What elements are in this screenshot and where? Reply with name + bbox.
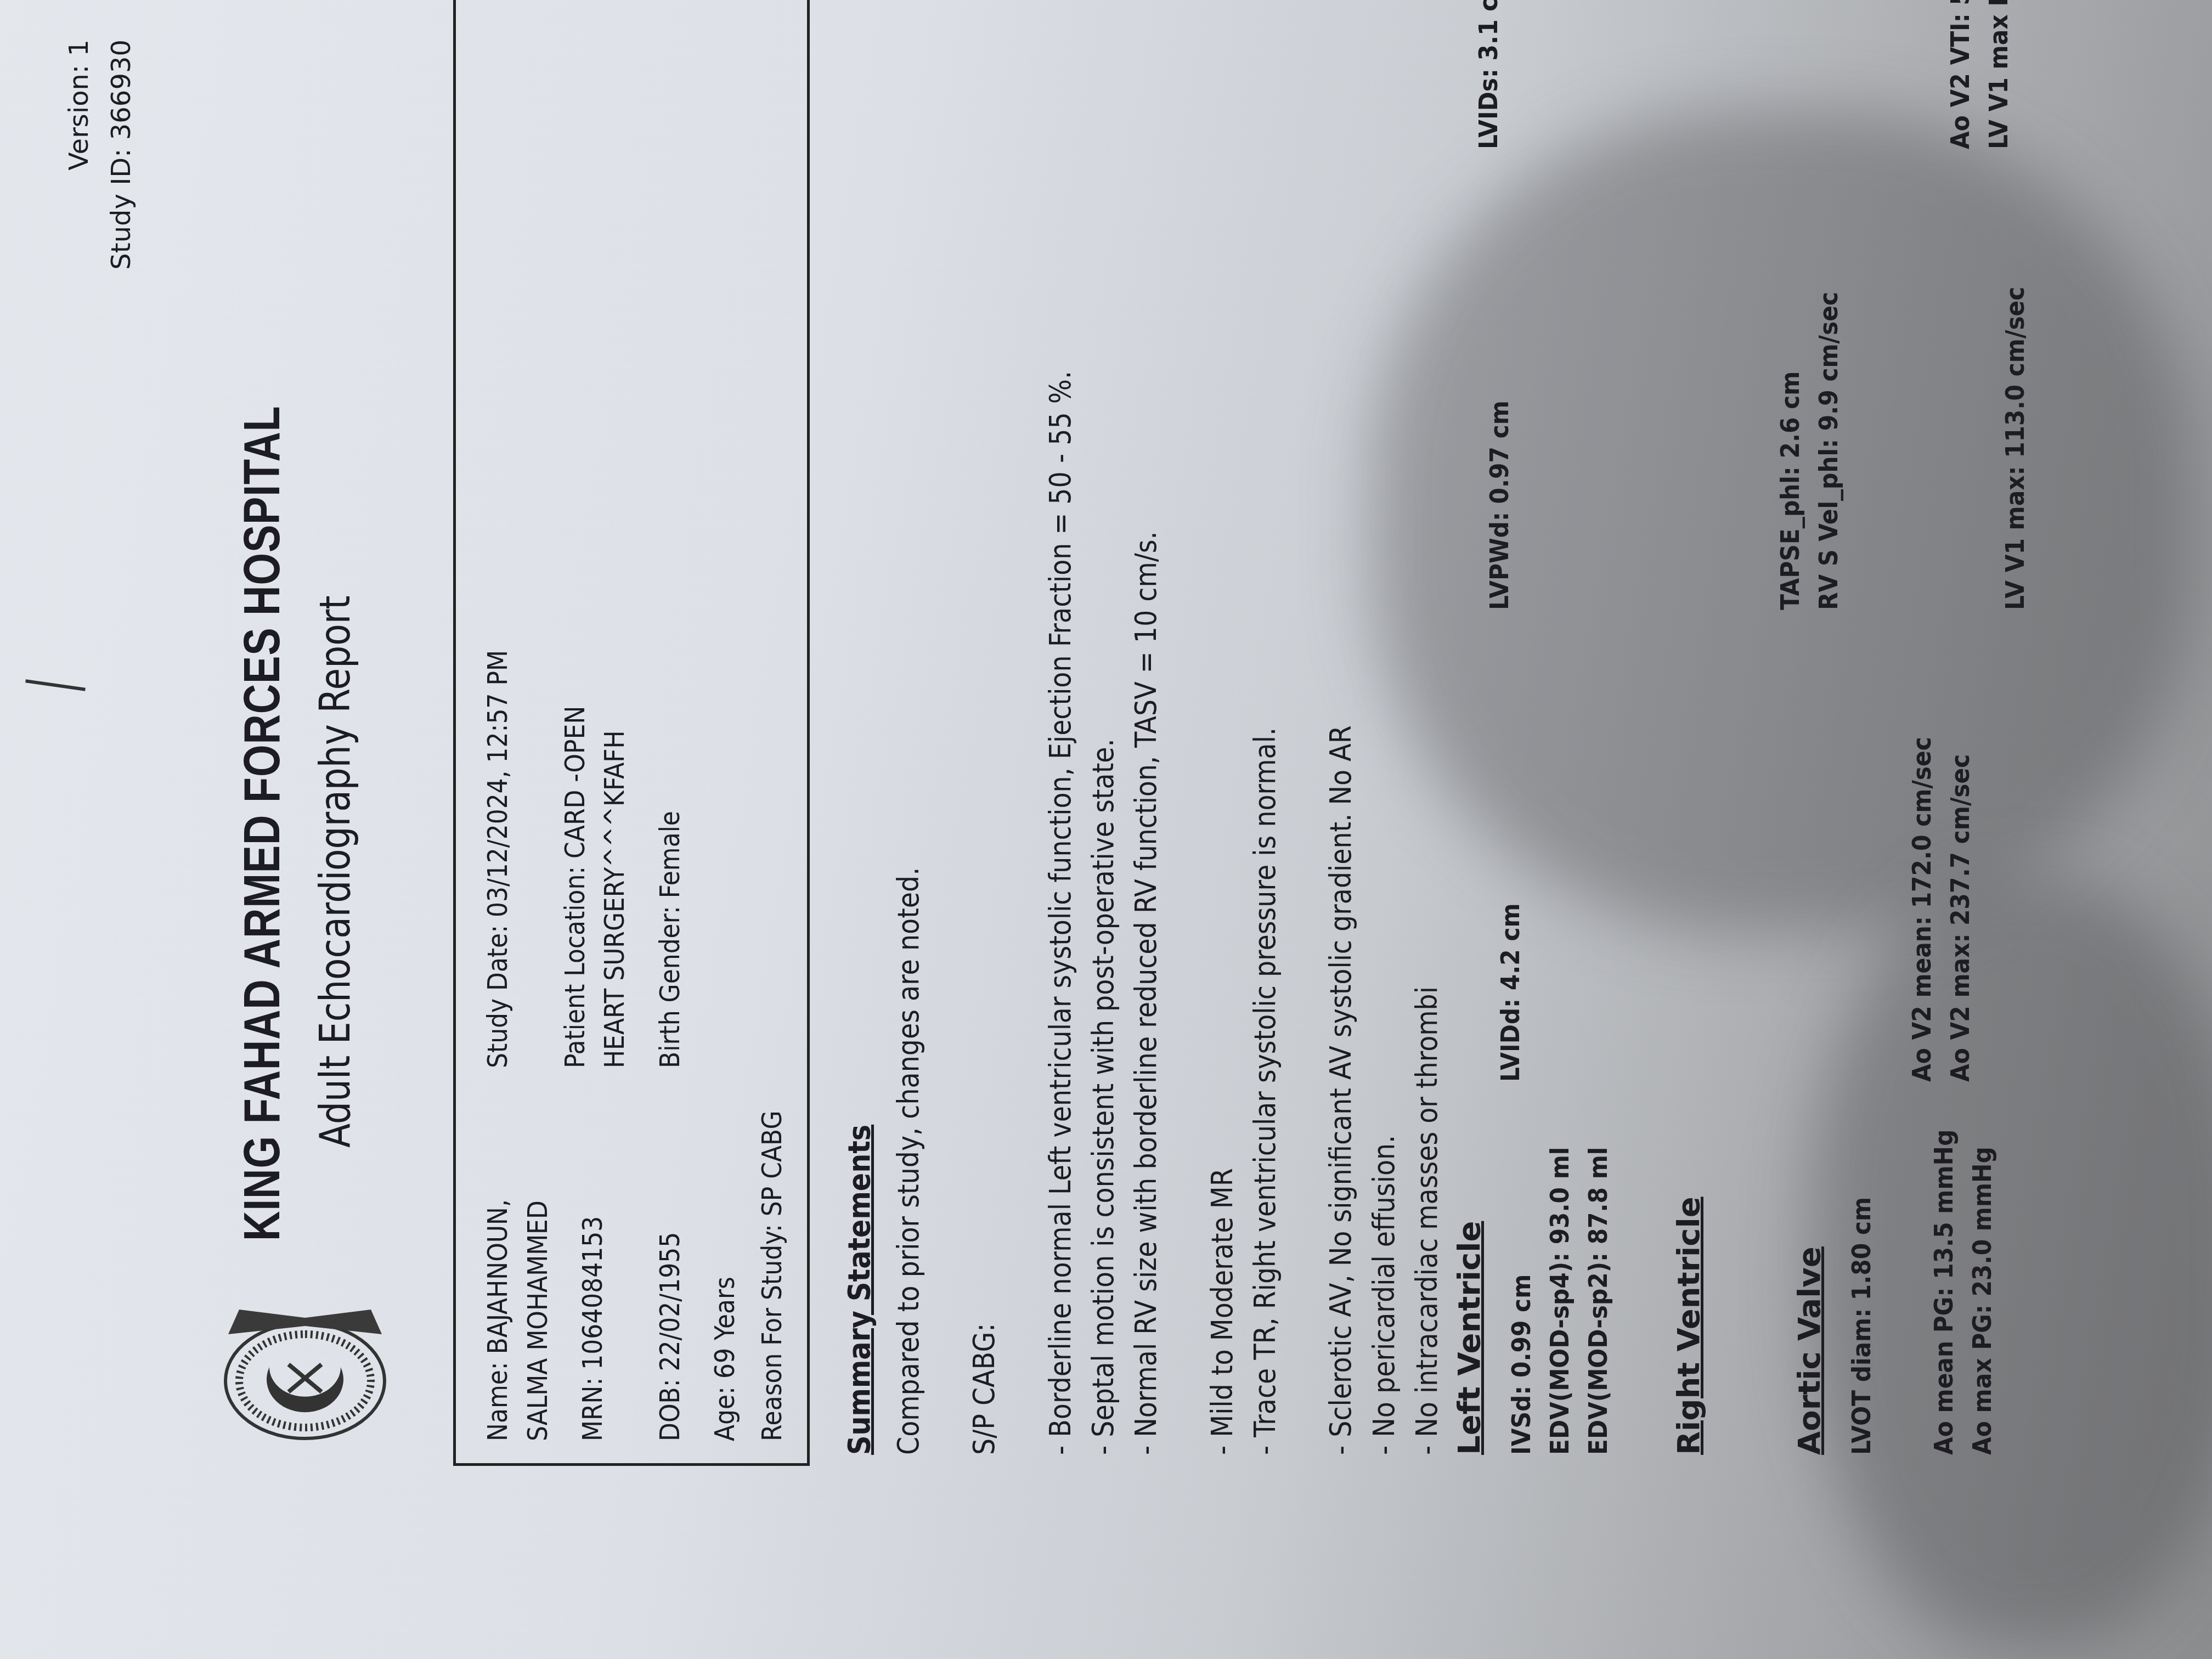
patient-info-box: Name: BAJAHNOUN, SALMA MOHAMMED MRN: 106…: [453, 0, 810, 1466]
av-ao-v2-vti: Ao V2 VTI: 56.4 cm: [1945, 0, 1975, 149]
summary-context: S/P CABG:: [963, 371, 1006, 1455]
av-lv-v1-max: LV V1 max: 113.0 cm/sec: [2000, 287, 2030, 610]
summary-line: - Trace TR, Right ventricular systolic p…: [1244, 371, 1286, 1455]
av-ao-v2-max: Ao V2 max: 237.7 cm/sec: [1945, 754, 1975, 1082]
patient-age: Age: 69 Years: [705, 1132, 745, 1441]
pencil-mark: [25, 679, 86, 691]
patient-name: Name: BAJAHNOUN, SALMA MOHAMMED: [478, 1132, 557, 1441]
study-id-line: Study ID: 366930: [100, 39, 143, 270]
summary-statements: Summary Statements Compared to prior stu…: [837, 371, 1448, 1455]
rv-s-vel: RV S Vel_phl: 9.9 cm/sec: [1814, 292, 1843, 610]
version-value: 1: [64, 39, 94, 57]
summary-heading: Summary Statements: [837, 371, 882, 1455]
report-meta: Version: 1 Study ID: 366930: [58, 39, 143, 270]
patient-dob: DOB: 22/02/1955: [650, 1132, 690, 1441]
summary-line: - Mild to Moderate MR: [1201, 371, 1244, 1455]
left-ventricle-heading: Left Ventricle: [1452, 1221, 1487, 1455]
av-ao-mean-pg: Ao mean PG: 13.5 mmHg: [1929, 1130, 1959, 1455]
summary-line: - Borderline normal Left ventricular sys…: [1039, 371, 1082, 1455]
patient-info-right: Study Date: 03/12/2024, 12:57 PM Patient…: [478, 650, 705, 1068]
patient-location: Patient Location: CARD -OPEN HEART SURGE…: [555, 672, 635, 1068]
lv-edv-sp4: EDV(MOD-sp4): 93.0 ml: [1545, 1147, 1575, 1455]
summary-line: - Sclerotic AV, No significant AV systol…: [1319, 371, 1362, 1455]
report-sheet: Version: 1 Study ID: 366930 KING FAHAD A…: [36, 7, 2176, 1652]
aortic-valve-heading: Aortic Valve: [1792, 1246, 1827, 1455]
hospital-crest-icon: [217, 1307, 393, 1444]
av-ao-max-pg: Ao max PG: 23.0 mmHg: [1967, 1147, 1997, 1455]
patient-info-left: Name: BAJAHNOUN, SALMA MOHAMMED MRN: 106…: [478, 1132, 760, 1441]
version-line: Version: 1: [58, 39, 100, 270]
reason-for-study: Reason For Study: SP CABG: [752, 1110, 792, 1441]
right-ventricle-heading: Right Ventricle: [1671, 1197, 1707, 1455]
lv-lvidd: LVIDd: 4.2 cm: [1496, 903, 1525, 1082]
study-id-value: 366930: [106, 39, 137, 140]
lv-edv-sp2: EDV(MOD-sp2): 87.8 ml: [1583, 1147, 1613, 1455]
lv-lvpwd: LVPWd: 0.97 cm: [1485, 400, 1514, 610]
summary-line: - No intracardiac masses or thrombi: [1406, 371, 1448, 1455]
patient-mrn: MRN: 1064084153: [573, 1132, 613, 1441]
report-title: Adult Echocardiography Report: [311, 595, 359, 1148]
summary-line: - Septal motion is consistent with post-…: [1082, 371, 1125, 1455]
av-lvot-diam: LVOT diam: 1.80 cm: [1847, 1197, 1876, 1455]
av-ao-v2-mean: Ao V2 mean: 172.0 cm/sec: [1907, 737, 1937, 1082]
summary-comparison: Compared to prior study, changes are not…: [887, 371, 930, 1455]
lv-ivsd: IVSd: 0.99 cm: [1506, 1274, 1536, 1455]
lv-lvids: LVIDs: 3.1 cm: [1474, 0, 1503, 149]
summary-line: - No pericardial effusion.: [1363, 371, 1406, 1455]
summary-line: - Normal RV size with borderline reduced…: [1125, 371, 1167, 1455]
av-lv-v1-max-pg: LV V1 max PG: 5.1 mmHg: [1984, 0, 2013, 149]
study-date: Study Date: 03/12/2024, 12:57 PM: [478, 650, 518, 1068]
hospital-name: KING FAHAD ARMED FORCES HOSPITAL: [234, 406, 291, 1241]
birth-gender: Birth Gender: Female: [650, 650, 690, 1068]
rv-tapse: TAPSE_phl: 2.6 cm: [1775, 371, 1805, 610]
